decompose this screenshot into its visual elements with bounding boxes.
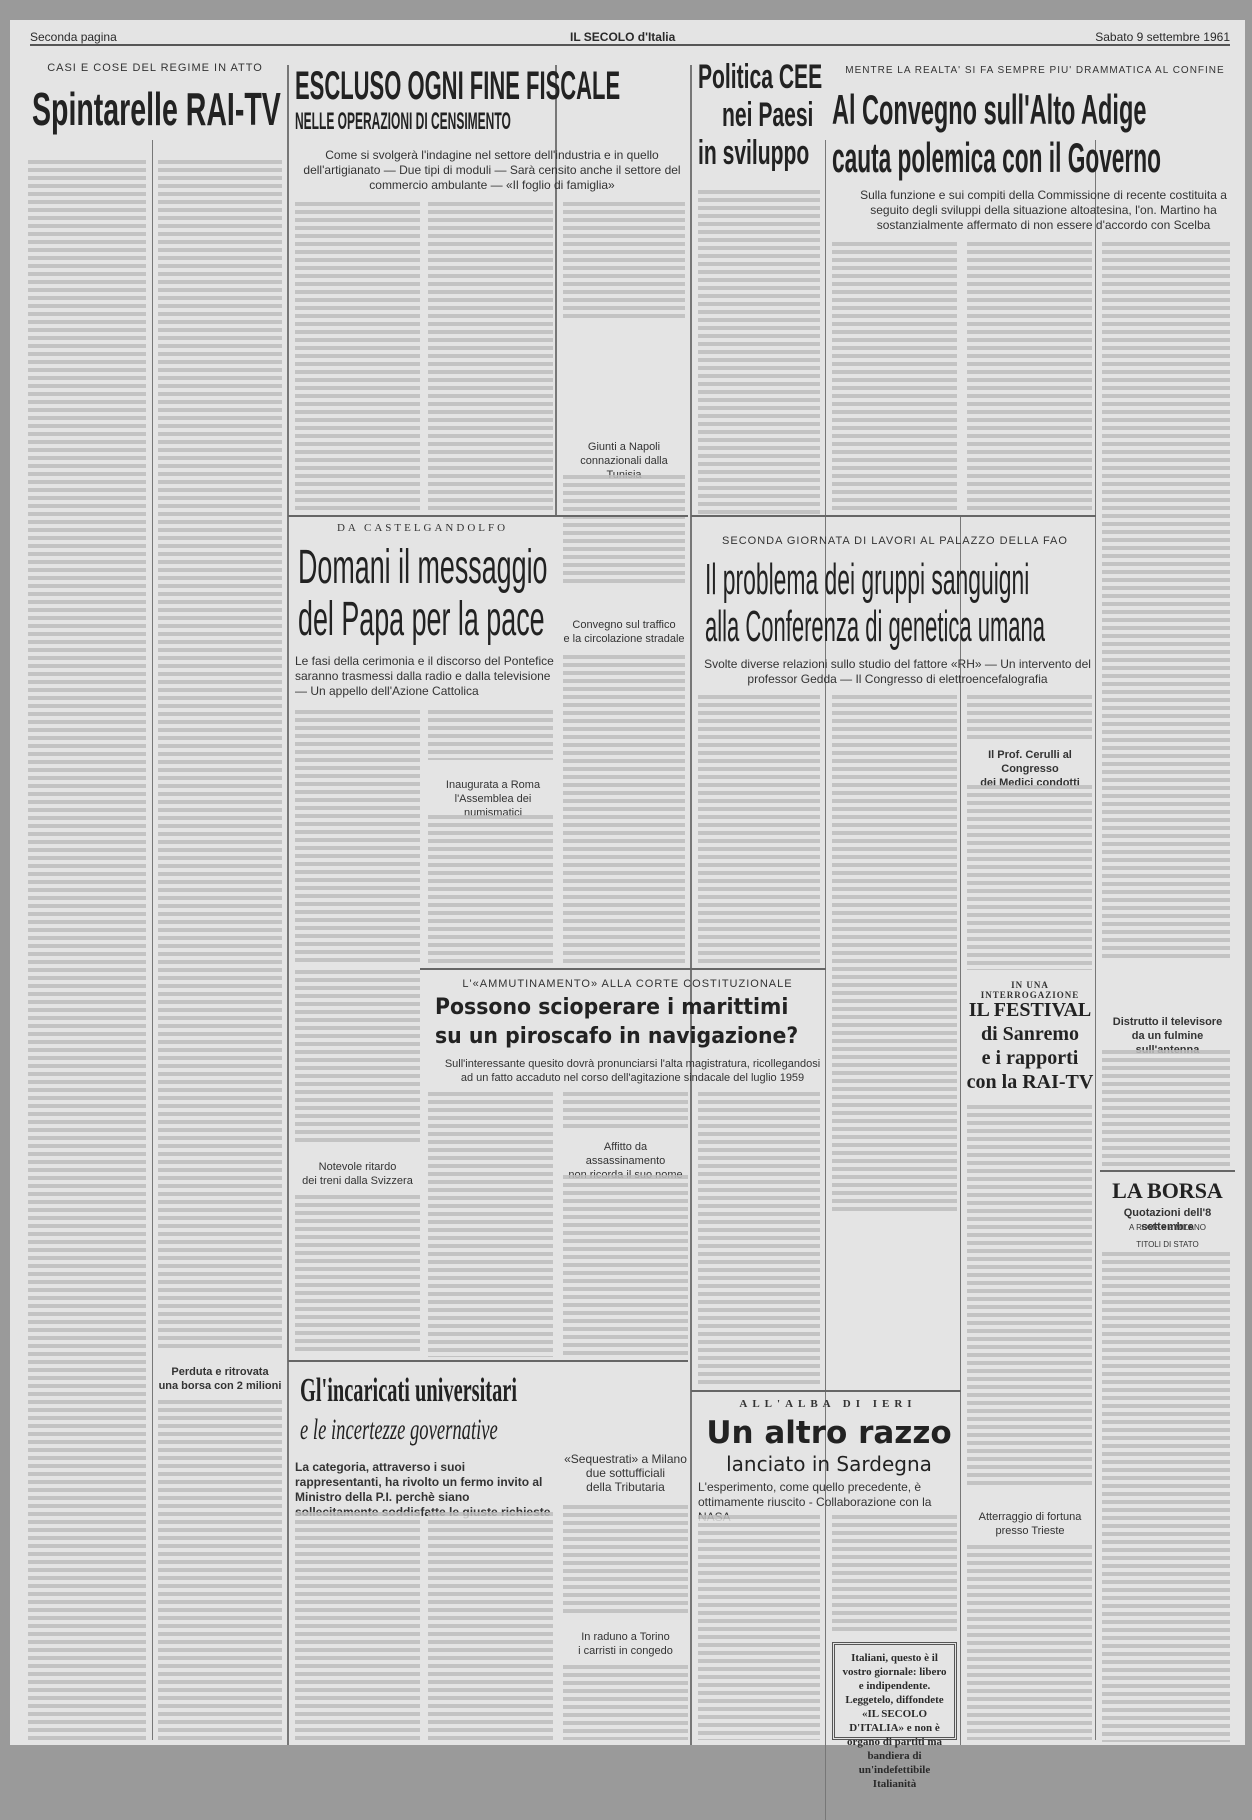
rai-body-col1: [28, 160, 146, 1740]
medici-headline: Il Prof. Cerulli al Congresso dei Medici…: [965, 748, 1095, 790]
fao-body-3: [967, 695, 1092, 740]
promo-box: Italiani, questo è il vostro giornale: l…: [832, 1642, 957, 1740]
affitto-body: [563, 1175, 688, 1355]
trieste-headline: Atterraggio di fortuna presso Trieste: [965, 1510, 1095, 1538]
section-rule: [420, 968, 826, 970]
marittimi-headline-1: Possono scioperare i marittimi: [435, 995, 788, 1020]
section-rule: [691, 1390, 961, 1392]
alto-adige-subhead: Sulla funzione e sui compiti della Commi…: [846, 188, 1241, 233]
alto-adige-body-1: [832, 242, 957, 512]
traffico-headline: Convegno sul traffico e la circolazione …: [563, 618, 685, 646]
numismatici-headline: Inaugurata a Roma l'Assemblea dei numism…: [428, 778, 558, 820]
torino-body: [563, 1665, 688, 1740]
rai-headline: Spintarelle RAI-TV: [32, 82, 281, 136]
fao-headline-2: alla Conferenza di genetica umana: [705, 602, 1045, 652]
newspaper-name: IL SECOLO d'Italia: [570, 30, 675, 44]
marittimi-subhead: Sull'interessante quesito dovrà pronunci…: [440, 1057, 825, 1085]
medici-body: [967, 785, 1092, 970]
napoli-body: [563, 475, 685, 585]
razzo-body-2: [832, 1515, 957, 1635]
cee-body: [698, 190, 820, 515]
censimento-body-2: [428, 202, 553, 512]
alto-adige-kicker: MENTRE LA REALTA' SI FA SEMPRE PIU' DRAM…: [830, 65, 1240, 76]
svizzera-pre-body: [295, 970, 420, 1145]
papa-headline-1: Domani il messaggio: [298, 540, 547, 595]
newspaper-page: Seconda pagina IL SECOLO d'Italia Sabato…: [10, 20, 1245, 1745]
borsa-table: [1102, 1252, 1230, 1742]
masthead: Seconda pagina IL SECOLO d'Italia Sabato…: [30, 30, 1230, 46]
svizzera-body: [295, 1195, 420, 1355]
festival-kicker: IN UNA INTERROGAZIONE: [965, 980, 1095, 1000]
rai-body-col2: [158, 160, 282, 1350]
alto-adige-body-3: [1102, 242, 1230, 962]
censimento-body-3: [563, 202, 685, 322]
universitari-subhead: La categoria, attraverso i suoi rapprese…: [295, 1460, 555, 1520]
razzo-headline-1: Un altro razzo: [698, 1415, 960, 1451]
fao-headline-1: Il problema dei gruppi sanguigni: [705, 555, 1029, 605]
fao-subhead: Svolte diverse relazioni sullo studio de…: [700, 657, 1095, 687]
borsa-title: LA BORSA: [1100, 1178, 1235, 1204]
marittimi-body-3: [698, 1092, 820, 1387]
marittimi-kicker: L'«AMMUTINAMENTO» ALLA CORTE COSTITUZION…: [430, 978, 825, 990]
universitari-headline-2: e le incertezze governative: [300, 1413, 498, 1447]
marittimi-body-1: [428, 1092, 553, 1357]
marittimi-headline-2: su un piroscafo in navigazione?: [435, 1024, 798, 1049]
column-rule: [960, 515, 961, 1745]
section-rule: [288, 515, 688, 517]
festival-body: [967, 1105, 1092, 1485]
fao-kicker: SECONDA GIORNATA DI LAVORI AL PALAZZO DE…: [700, 535, 1090, 547]
censimento-body-1: [295, 202, 420, 512]
universitari-body-2: [428, 1512, 553, 1740]
sequestrati-headline: «Sequestrati» a Milano due sottufficiali…: [563, 1452, 688, 1494]
column-rule: [1095, 140, 1096, 1740]
borsa-persa-body: [158, 1400, 282, 1740]
borsa-market: A ROMA e a MILANO: [1100, 1221, 1235, 1235]
razzo-headline-2: lanciato in Sardegna: [698, 1451, 960, 1477]
column-rule: [152, 140, 153, 1740]
section-rule: [691, 515, 1096, 517]
alto-adige-body-2: [967, 242, 1092, 512]
numismatici-body: [428, 815, 553, 965]
alto-adige-headline-2: cauta polemica con il Governo: [832, 134, 1161, 182]
fao-body-1: [698, 695, 820, 965]
marittimi-body-2: [563, 1092, 688, 1132]
universitari-body-1: [295, 1512, 420, 1740]
papa-kicker: DA CASTELGANDOLFO: [295, 522, 550, 534]
universitari-headline-1: Gl'incaricati universitari: [300, 1372, 517, 1410]
papa-body-1: [295, 710, 420, 965]
rai-kicker: CASI E COSE DEL REGIME IN ATTO: [25, 62, 285, 74]
sequestrati-body: [563, 1505, 688, 1615]
page-label: Seconda pagina: [30, 30, 117, 44]
column-rule: [555, 65, 557, 515]
razzo-body-1: [698, 1515, 820, 1740]
cee-headline-2: nei Paesi: [722, 96, 813, 135]
cee-headline-1: Politica CEE: [698, 58, 822, 97]
traffico-body: [563, 655, 685, 965]
televisore-body: [1102, 1050, 1230, 1170]
festival-headline: IL FESTIVAL di Sanremo e i rapporti con …: [965, 998, 1095, 1094]
censimento-headline-1: ESCLUSO OGNI FINE FISCALE: [295, 64, 620, 109]
svizzera-headline: Notevole ritardo dei treni dalla Svizzer…: [295, 1160, 420, 1188]
censimento-headline-2: NELLE OPERAZIONI DI CENSIMENTO: [295, 108, 511, 136]
section-rule: [1100, 1170, 1235, 1172]
fao-body-2: [832, 695, 957, 1215]
papa-body-2: [428, 710, 553, 760]
razzo-kicker: ALL'ALBA DI IERI: [698, 1398, 958, 1410]
torino-headline: In raduno a Torino i carristi in congedo: [563, 1630, 688, 1658]
papa-subhead: Le fasi della cerimonia e il discorso de…: [295, 654, 555, 699]
borsa-section: TITOLI DI STATO: [1100, 1238, 1235, 1252]
section-rule: [288, 1360, 688, 1362]
censimento-subhead: Come si svolgerà l'indagine nel settore …: [302, 148, 682, 193]
borsa-persa-headline: Perduta e ritrovata una borsa con 2 mili…: [158, 1365, 282, 1393]
column-rule: [287, 65, 289, 1745]
cee-headline-3: in sviluppo: [698, 134, 809, 173]
alto-adige-headline-1: Al Convegno sull'Alto Adige: [832, 86, 1146, 134]
papa-headline-2: del Papa per la pace: [298, 592, 545, 647]
column-rule: [690, 65, 692, 1745]
issue-date: Sabato 9 settembre 1961: [1095, 30, 1230, 44]
trieste-body: [967, 1545, 1092, 1740]
